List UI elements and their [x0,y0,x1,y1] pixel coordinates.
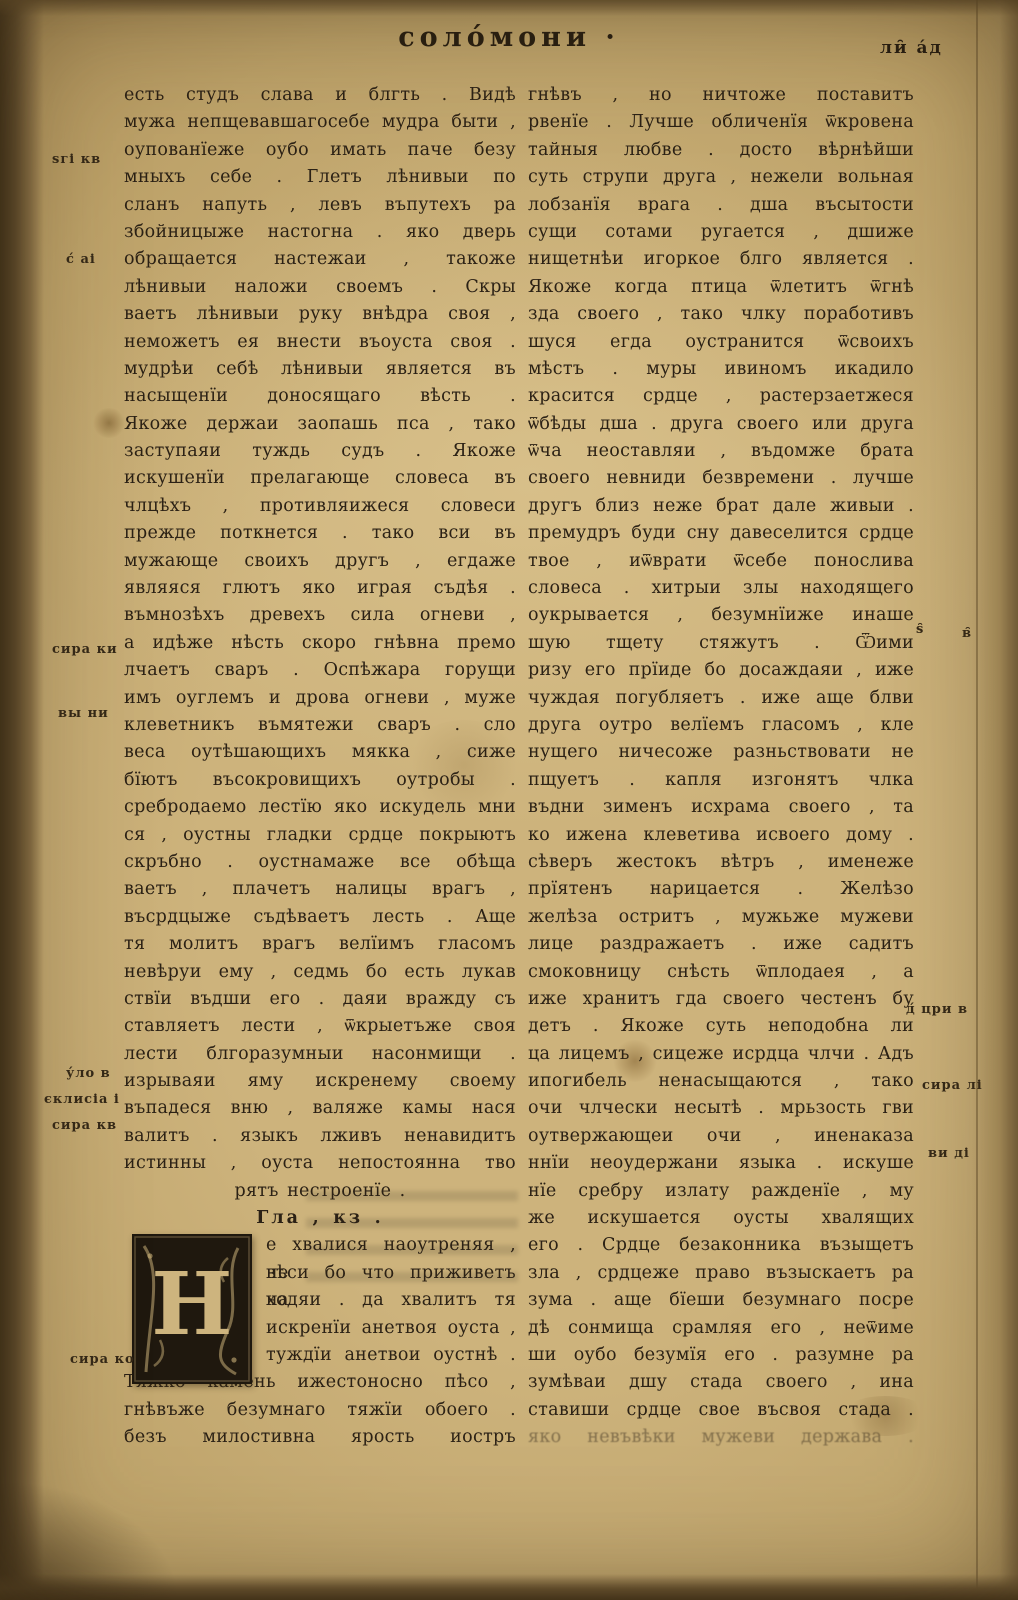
page-edge-line [976,0,978,1600]
text-line: шуся егда оустранится ѿсвоихъ [528,329,914,356]
text-column-left: есть студъ слава и блгть . Видѣмужа непщ… [124,82,516,1452]
text-line: оукрывается , безумнїиже инаше [528,602,914,629]
text-line: сребродаемо лестїю яко искудель мни [124,794,516,821]
text-line: мужающе своихъ другъ , егдаже [124,548,516,575]
text-line: а идѣже нѣсть скоро гнѣвна премо [124,630,516,657]
text-line: Якоже держаи заопашь пса , тако [124,411,516,438]
text-line: нїе сребру излату ражденїе , му [528,1178,914,1205]
binding-corner-shadow [0,1480,180,1600]
text-line: тя молитъ врагъ велїимъ гласомъ [124,931,516,958]
text-line: збойницыже настогна . яко дверь [124,219,516,246]
text-line: гнѣвъже безумнаго тяжїи обоего . [124,1397,516,1424]
text-line: пщуетъ . капля изгонятъ члка [528,767,914,794]
text-line: ипогибель ненасыщаются , тако [528,1068,914,1095]
left-paragraph: есть студъ слава и блгть . Видѣмужа непщ… [124,82,516,1178]
text-line: Якоже когда птица ѿлетитъ ѿгнѣ [528,274,914,301]
right-paragraph: гнѣвъ , но ничтоже поставитървенїе . Луч… [528,82,914,1424]
text-line: лчаетъ сваръ . Оспѣжара горущи [124,657,516,684]
text-line: оупованїеже оубо имать паче безу [124,137,516,164]
initial-adjacent-lines: е хвалися наоутреняя , невѣси бо что при… [266,1232,516,1369]
margin-note: ѕ̑ [916,622,924,637]
text-line: мудрѣи себѣ лѣнивыи является въ [124,356,516,383]
text-line: ннїи неоудержани языка . искуше [528,1150,914,1177]
text-line: лобзанїя врага . дша въсытости [528,192,914,219]
margin-note: в̑ [962,626,972,641]
book-page: соло́мони · ли̑ а́д есть студъ слава и б… [0,0,1018,1600]
text-line: детъ . Якоже суть неподобна ли [528,1013,914,1040]
text-line: мныхъ себе . Глетъ лѣнивыи по [124,164,516,191]
text-line: другъ близ неже брат дале живыи . [528,493,914,520]
text-line: иже хранитъ гда своего честенъ бу [528,986,914,1013]
text-line: чуждая погубляетъ . иже аще блви [528,685,914,712]
margin-note: ѕгі кв [52,152,101,167]
text-line: же искушается оусты хвалящих [528,1205,914,1232]
quire-mark: ли̑ а́д [880,38,943,58]
text-line: зумѣваи дшу стада своего , ина [528,1369,914,1396]
margin-note: сира ко [70,1352,135,1367]
margin-note: ви ді [928,1146,970,1161]
text-line: желѣза остритъ , мужьже мужеви [528,904,914,931]
text-line: друга оутро велїемъ гласомъ , кле [528,712,914,739]
text-line: неможетъ ея внести въоуста своя . [124,329,516,356]
margin-note: єклисіа і [44,1092,120,1107]
text-line: нищетнѣи игоркое блго является . [528,246,914,273]
margin-note: сира кв [52,1118,117,1133]
text-line: прежде поткнется . тако вси въ [124,520,516,547]
text-line: веса оутѣшающихъ мякка , сиже [124,739,516,766]
text-line: ствїи въдши его . даяи вражду съ [124,986,516,1013]
text-line: есть студъ слава и блгть . Видѣ [124,82,516,109]
text-line: твое , иѿврати ѿсебе понослива [528,548,914,575]
text-line: клеветникъ въмятежи сваръ . сло [124,712,516,739]
text-line: мужа непщевавшагосебе мудра быти , [124,109,516,136]
text-line: ца лицемъ , сицеже исрдца члчи . Адъ [528,1041,914,1068]
text-line: искушенїи прелагающе словеса въ [124,465,516,492]
margin-note: сира ки [52,642,118,657]
text-line: сущи сотами ругается , дшиже [528,219,914,246]
text-line: имъ оуглемъ и дрова огневи , муже [124,685,516,712]
text-line: невѣруи ему , седмь бо есть лукав [124,959,516,986]
text-line: обращается настежаи , такоже [124,246,516,273]
margin-note: у́ло в [66,1066,111,1081]
text-line: лести блгоразумныи насонмищи . [124,1041,516,1068]
margin-note: с́ аі [66,252,96,267]
text-line: зда своего , тако члку поработивъ [528,301,914,328]
text-line: словеса . хитрыи злы находящего [528,575,914,602]
text-line: смоковницу снѣсть ѿплодаея , а [528,959,914,986]
text-line: въдни зименъ исхрама своего , та [528,794,914,821]
text-line: лице раздражаетъ . иже садитъ [528,931,914,958]
text-line: туждїи анетвои оустнѣ . [266,1342,516,1369]
text-line: премудръ буди сну давеселится срдце [528,520,914,547]
text-line: его . Срдце безаконника възыщетъ [528,1232,914,1259]
text-line: ѿча неоставляи , въдомже брата [528,438,914,465]
ink-stain [92,408,126,438]
text-line: ко ижена клеветива исвоего дому . [528,822,914,849]
binding-edge [0,0,44,1600]
closing-line: рятъ нестроенїе . [124,1178,516,1205]
faded-last-line: яко невъвѣки мужеви держава . [528,1424,914,1451]
text-line: ризу его прїиде бо досаждаяи , иже [528,657,914,684]
text-line: ѿбѣды дша . друга своего или друга [528,411,914,438]
text-line: сѣверъ жестокъ вѣтръ , именеже [528,849,914,876]
page-edge-right [972,0,1018,1600]
page-edge-top [0,0,1018,16]
text-line: члцѣхъ , противляижеся словеси [124,493,516,520]
text-line: вѣси бо что приживетъ на [266,1260,516,1287]
text-line: въмнозѣхъ древехъ сила огневи , [124,602,516,629]
text-line: истинны , оуста непостоянна тво [124,1150,516,1177]
woodcut-initial-block: Н [132,1234,252,1384]
margin-note: д́ цри в [906,1002,968,1017]
text-line: являяся глютъ яко играя съдѣя . [124,575,516,602]
margin-note: вы ни [58,706,109,721]
text-line: гнѣвъ , но ничтоже поставитъ [528,82,914,109]
text-column-right: гнѣвъ , но ничтоже поставитървенїе . Луч… [528,82,914,1452]
text-line: оутвержающеи очи , иненаказа [528,1123,914,1150]
text-line: ся , оустны гладки срдце покрыютъ [124,822,516,849]
text-line: своего невниди безвремени . лучше [528,465,914,492]
text-line: шую тщету стяжутъ . Ѿими [528,630,914,657]
initial-letter: Н [151,1254,233,1355]
text-line: нущего ничесоже разньствовати не [528,739,914,766]
text-line: ваетъ , плачетъ налицы врагъ , [124,876,516,903]
text-line: въсрдцыже съдѣваетъ лесть . Аще [124,904,516,931]
initial-section: Н е хвалися наоутреняя , невѣси бо что п… [124,1232,516,1369]
text-line: ваетъ лѣнивыи руку внѣдра своя , [124,301,516,328]
text-line: тайныя любве . досто вѣрнѣйши [528,137,914,164]
text-line: дѣ сонмища срамляя его , неѿиме [528,1315,914,1342]
text-line: суть струпи друга , нежели вольная [528,164,914,191]
text-line: очи члчески несытѣ . мрьзость гви [528,1095,914,1122]
text-line: въпадеся вню , валяже камы нася [124,1095,516,1122]
text-line: зума . аще бїеши безумнаго посре [528,1287,914,1314]
text-line: скръбно . оустнамаже все обѣща [124,849,516,876]
text-line: изрываяи яму искренему своему [124,1068,516,1095]
text-line: ставляетъ лести , ѿкрыетъже своя [124,1013,516,1040]
margin-note: сира лі [922,1078,983,1093]
text-line: зла , срдцеже право възыскаетъ ра [528,1260,914,1287]
text-line: искренїи анетвоя оуста , [266,1315,516,1342]
text-line: ставиши срдце свое въсвоя стада . [528,1397,914,1424]
text-line: валитъ . языкъ лживъ ненавидитъ [124,1123,516,1150]
text-line: насыщенїи доносящаго вѣсть . [124,383,516,410]
running-title: соло́мони · [0,22,1018,53]
text-line: красится срдце , растерзаетжеся [528,383,914,410]
text-line: мѣстъ . муры ивиномъ икадило [528,356,914,383]
text-line: сланъ напуть , левъ въпутехъ ра [124,192,516,219]
text-line: ши оубо безумїя его . разумне ра [528,1342,914,1369]
text-line: рвенїе . Лучше обличенїя ѿкровена [528,109,914,136]
text-line: е хвалися наоутреняя , не [266,1232,516,1259]
chapter-heading: Гла , кз . [124,1205,516,1232]
text-line: ходяи . да хвалитъ тя [266,1287,516,1314]
text-line: прїятенъ нарицается . Желѣзо [528,876,914,903]
text-line: бїютъ въсокровищихъ оутробы . [124,767,516,794]
text-line: заступаяи туждь судъ . Якоже [124,438,516,465]
text-line: безъ милостивна ярость иостръ [124,1424,516,1451]
text-line: лѣнивыи наложи своемъ . Скры [124,274,516,301]
